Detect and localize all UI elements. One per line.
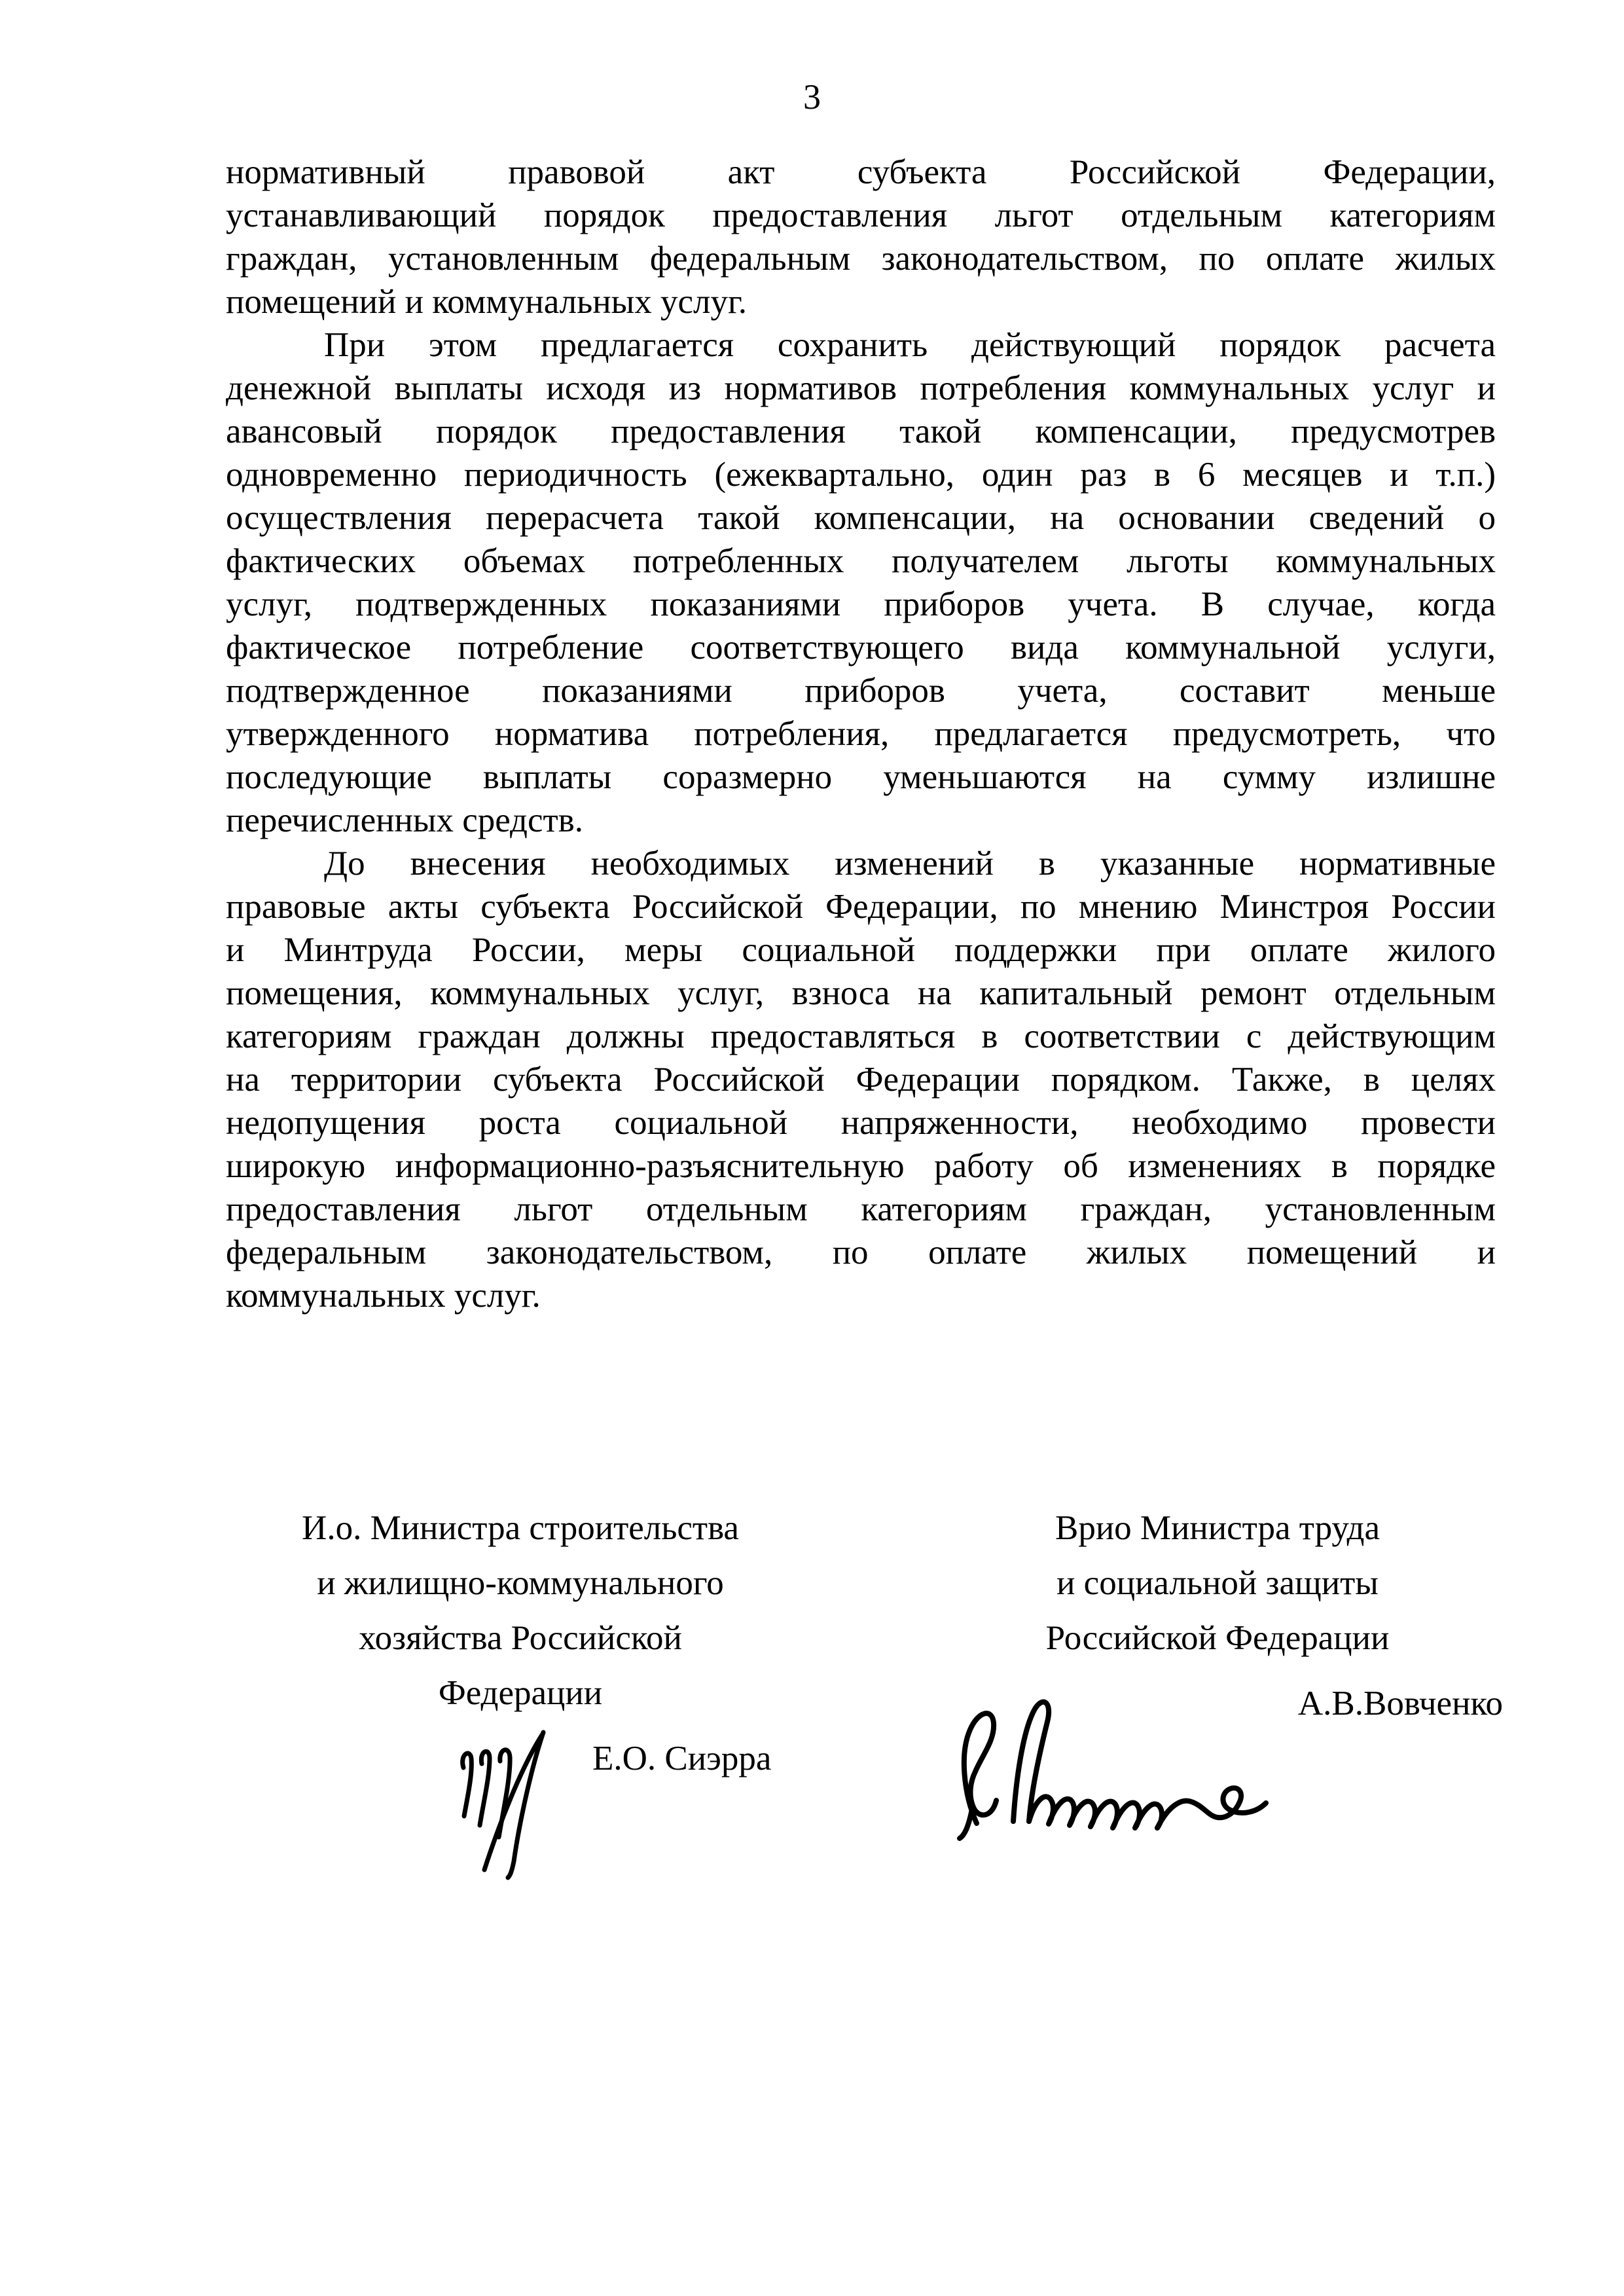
left-signer-name: Е.О. Сиэрра (592, 1739, 771, 1778)
text-line: на территории субъекта Российской Федера… (226, 1058, 1496, 1101)
text-line: одновременно периодичность (ежеквартальн… (226, 453, 1496, 496)
left-signer-title: И.о. Министра строительстваи жилищно-ком… (262, 1501, 779, 1721)
text-line: граждан, установленным федеральным закон… (226, 237, 1496, 280)
title-line: Российской Федерации (1018, 1611, 1417, 1666)
title-line: Врио Министра труда (1018, 1501, 1417, 1556)
title-line: и социальной защиты (1018, 1556, 1417, 1611)
text-line: предоставления льгот отдельным категория… (226, 1188, 1496, 1231)
paragraph-1: нормативный правовой акт субъекта Россий… (226, 151, 1496, 323)
text-line: помещений и коммунальных услуг. (226, 280, 1496, 323)
text-line: нормативный правовой акт субъекта Россий… (226, 151, 1496, 194)
paragraph-2: При этом предлагается сохранить действую… (226, 323, 1496, 842)
text-line: перечисленных средств. (226, 799, 1496, 842)
paragraph-3: До внесения необходимых изменений в указ… (226, 842, 1496, 1317)
text-line: федеральным законодательством, по оплате… (226, 1231, 1496, 1274)
title-line: И.о. Министра строительства (262, 1501, 779, 1556)
right-signer-name: А.В.Вовченко (1298, 1684, 1503, 1723)
text-line: широкую информационно-разъяснительную ра… (226, 1144, 1496, 1188)
text-line: последующие выплаты соразмерно уменьшают… (226, 756, 1496, 799)
text-line: авансовый порядок предоставления такой к… (226, 410, 1496, 453)
text-line: подтвержденное показаниями приборов учет… (226, 669, 1496, 712)
right-signature (950, 1696, 1284, 1843)
text-line: правовые акты субъекта Российской Федера… (226, 885, 1496, 928)
text-line: утвержденного норматива потребления, пре… (226, 712, 1496, 756)
text-line: фактическое потребление соответствующего… (226, 626, 1496, 669)
right-signer-title: Врио Министра трудаи социальной защитыРо… (1018, 1501, 1417, 1666)
text-line: категориям граждан должны предоставлятьс… (226, 1015, 1496, 1058)
letter-body: нормативный правовой акт субъекта Россий… (226, 151, 1496, 1317)
text-line: коммунальных услуг. (226, 1274, 1496, 1317)
title-line: и жилищно-коммунального (262, 1556, 779, 1611)
text-line: устанавливающий порядок предоставления л… (226, 194, 1496, 237)
text-line: фактических объемах потребленных получат… (226, 539, 1496, 583)
left-signature (450, 1727, 549, 1881)
text-line: До внесения необходимых изменений в указ… (226, 842, 1496, 885)
text-line: помещения, коммунальных услуг, взноса на… (226, 972, 1496, 1015)
text-line: осуществления перерасчета такой компенса… (226, 496, 1496, 539)
title-line: Федерации (262, 1666, 779, 1721)
text-line: недопущения роста социальной напряженнос… (226, 1101, 1496, 1144)
text-line: и Минтруда России, меры социальной подде… (226, 928, 1496, 972)
text-line: услуг, подтвержденных показаниями прибор… (226, 583, 1496, 626)
page-number: 3 (0, 77, 1624, 117)
text-line: При этом предлагается сохранить действую… (226, 323, 1496, 367)
title-line: хозяйства Российской (262, 1611, 779, 1666)
document-page: 3 нормативный правовой акт субъекта Росс… (0, 0, 1624, 2296)
text-line: денежной выплаты исходя из нормативов по… (226, 367, 1496, 410)
